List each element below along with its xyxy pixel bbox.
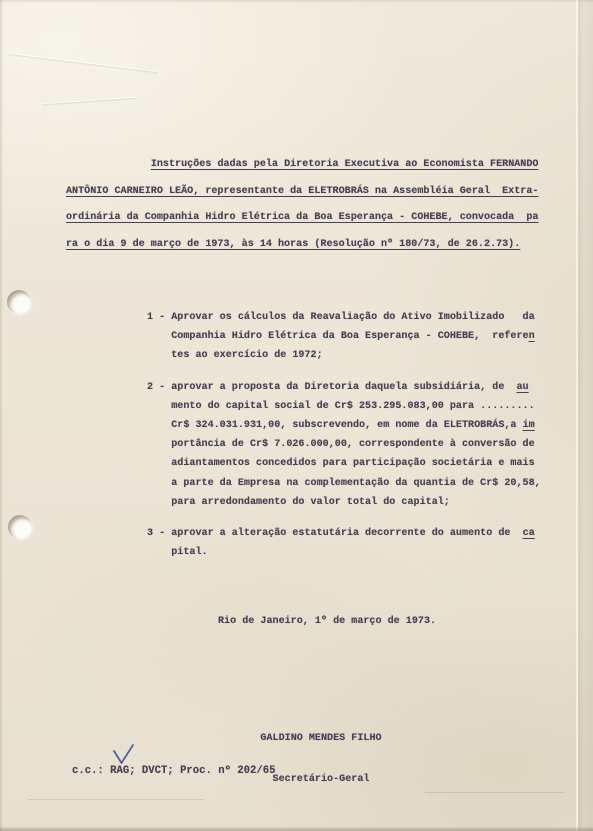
instruction-item-3: 3 - aprovar a alteração estatutária deco…: [147, 524, 541, 562]
text-line: Companhia Hidro Elétrica da Boa Esperanç…: [147, 327, 541, 346]
text-line: adiantamentos concedidos para participaç…: [147, 454, 541, 473]
text-line: 3 - aprovar a alteração estatutária deco…: [147, 524, 541, 543]
text-line: ordinária da Companhia Hidro Elétrica da…: [66, 205, 538, 232]
paper-edge: [0, 826, 593, 831]
text-line: tes ao exercício de 1972;: [147, 346, 541, 365]
punch-hole: [8, 515, 32, 539]
handwritten-checkmark-icon: [110, 742, 136, 768]
text-line: 2 - aprovar a proposta da Diretoria daqu…: [147, 378, 541, 397]
paper-edge: [578, 0, 593, 831]
text-line: ANTÔNIO CARNEIRO LEÃO, representante da …: [66, 179, 538, 206]
punch-hole: [7, 290, 31, 314]
text-line: mento do capital social de Cr$ 253.295.0…: [147, 397, 541, 416]
paper-edge: [576, 0, 578, 831]
signatory-name: GALDINO MENDES FILHO: [236, 732, 406, 746]
instruction-item-1: 1 - Aprovar os cálculos da Reavaliação d…: [147, 308, 541, 366]
instruction-item-2: 2 - aprovar a proposta da Diretoria daqu…: [147, 378, 541, 512]
text-line: para arredondamento do valor total do ca…: [147, 493, 541, 512]
text-line: portância de Cr$ 7.026.000,00, correspon…: [147, 435, 541, 454]
instruction-list: 1 - Aprovar os cálculos da Reavaliação d…: [147, 308, 541, 574]
text-line: Instruções dadas pela Diretoria Executiv…: [66, 152, 538, 179]
paper-crease: [425, 792, 565, 793]
text-line: ra o dia 9 de março de 1973, às 14 horas…: [66, 232, 538, 259]
paper-crease: [28, 799, 203, 800]
document-heading: Instruções dadas pela Diretoria Executiv…: [66, 152, 538, 258]
scanned-document-page: Instruções dadas pela Diretoria Executiv…: [0, 0, 593, 831]
text-line: 1 - Aprovar os cálculos da Reavaliação d…: [147, 308, 541, 327]
text-line: a parte da Empresa na complementação da …: [147, 474, 541, 493]
cc-line: c.c.: RAG; DVCT; Proc. nº 202/65: [72, 764, 275, 778]
signature-block: GALDINO MENDES FILHO Secretário-Geral: [236, 705, 406, 813]
text-line: pital.: [147, 543, 541, 562]
paper-scratch: [42, 97, 137, 105]
paper-edge: [0, 0, 3, 831]
paper-scratch: [8, 53, 157, 72]
text-line: Cr$ 324.031.931,00, subscrevendo, em nom…: [147, 416, 541, 435]
date-line: Rio de Janeiro, 1º de março de 1973.: [218, 612, 436, 631]
paper-edge: [0, 0, 593, 3]
